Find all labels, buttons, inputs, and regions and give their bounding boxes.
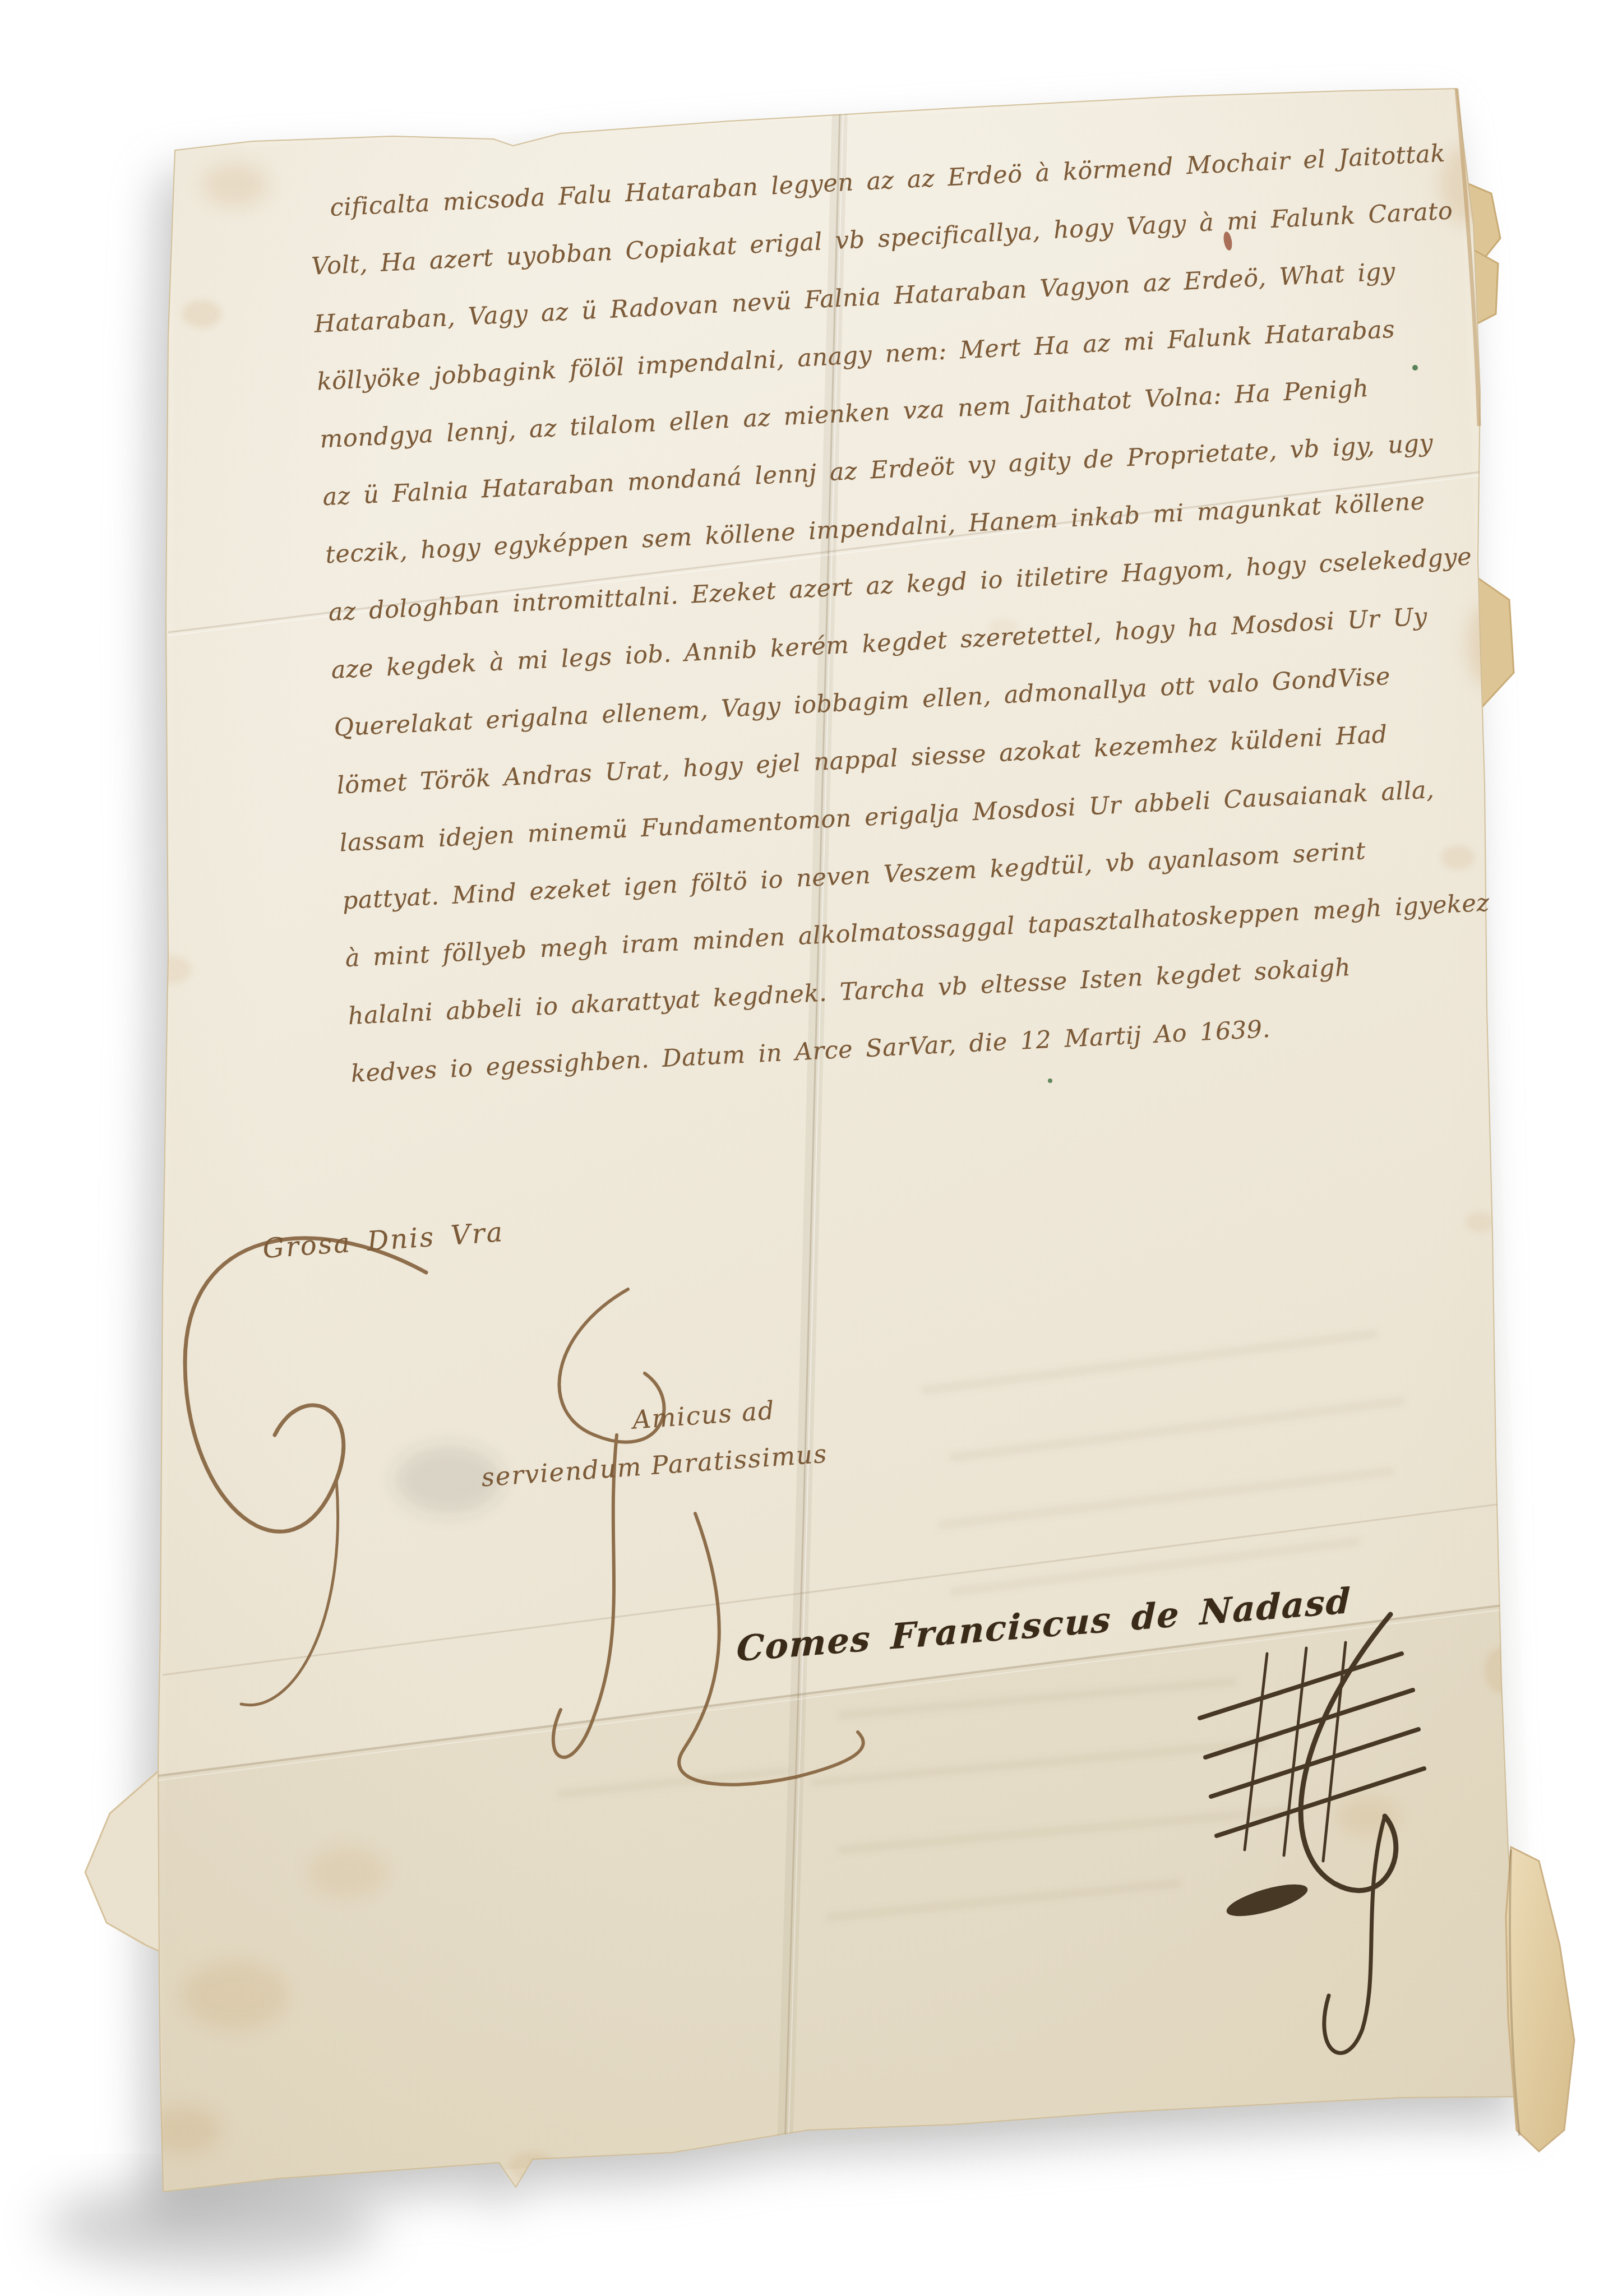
signature-line: Comes Franciscus de Nadasd <box>736 1580 1352 1670</box>
handwriting-layer: cificalta micsoda Falu Hataraban legyen … <box>0 0 1613 2296</box>
valediction-line: Grosa Dnis Vra <box>262 1216 505 1265</box>
closing-line-1: Amicus ad <box>631 1395 776 1435</box>
photo-canvas: cificalta micsoda Falu Hataraban legyen … <box>0 0 1613 2296</box>
closing-line-2: serviendum Paratissimus <box>480 1438 829 1492</box>
letter-body: cificalta micsoda Falu Hataraban legyen … <box>307 126 1472 1103</box>
